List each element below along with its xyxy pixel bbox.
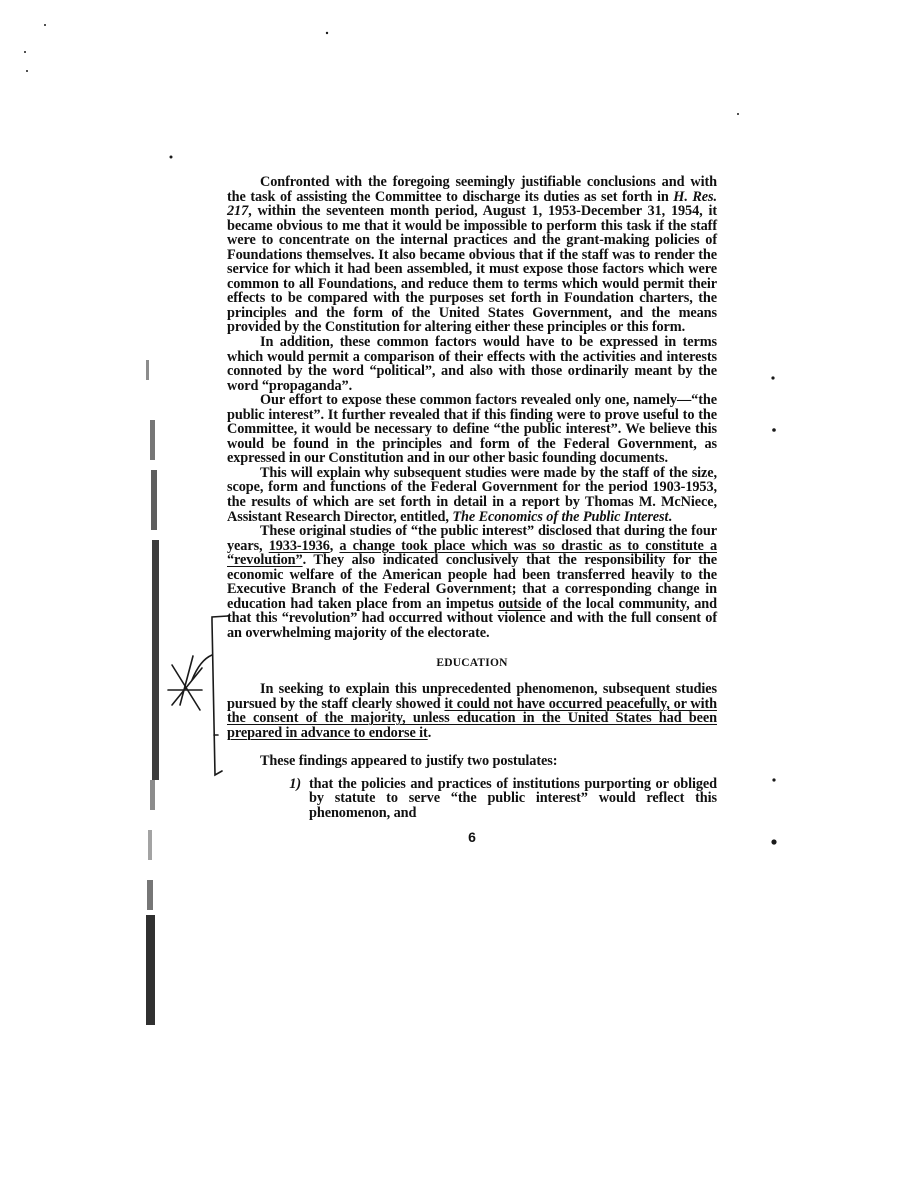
postulate-item: 1) that the policies and practices of in… (227, 777, 717, 821)
document-body: Confronted with the foregoing seemingly … (227, 175, 717, 845)
scanned-page: Confronted with the foregoing seemingly … (0, 0, 914, 1187)
postulate-text: that the policies and practices of insti… (309, 777, 717, 821)
section-heading: EDUCATION (227, 656, 717, 671)
paragraph-2: In addition, these common factors would … (227, 335, 717, 393)
paragraph-1: Confronted with the foregoing seemingly … (227, 175, 717, 335)
education-paragraph: In seeking to explain this unprecedented… (227, 682, 717, 740)
paragraph-4: This will explain why subsequent studies… (227, 466, 717, 524)
postulates-intro: These findings appeared to justify two p… (227, 754, 717, 769)
margin-bracket-icon (212, 616, 228, 775)
page-number: 6 (227, 830, 717, 845)
paragraph-3: Our effort to expose these common factor… (227, 393, 717, 466)
paragraph-5: These original studies of “the public in… (227, 524, 717, 640)
postulate-number: 1) (227, 777, 309, 821)
